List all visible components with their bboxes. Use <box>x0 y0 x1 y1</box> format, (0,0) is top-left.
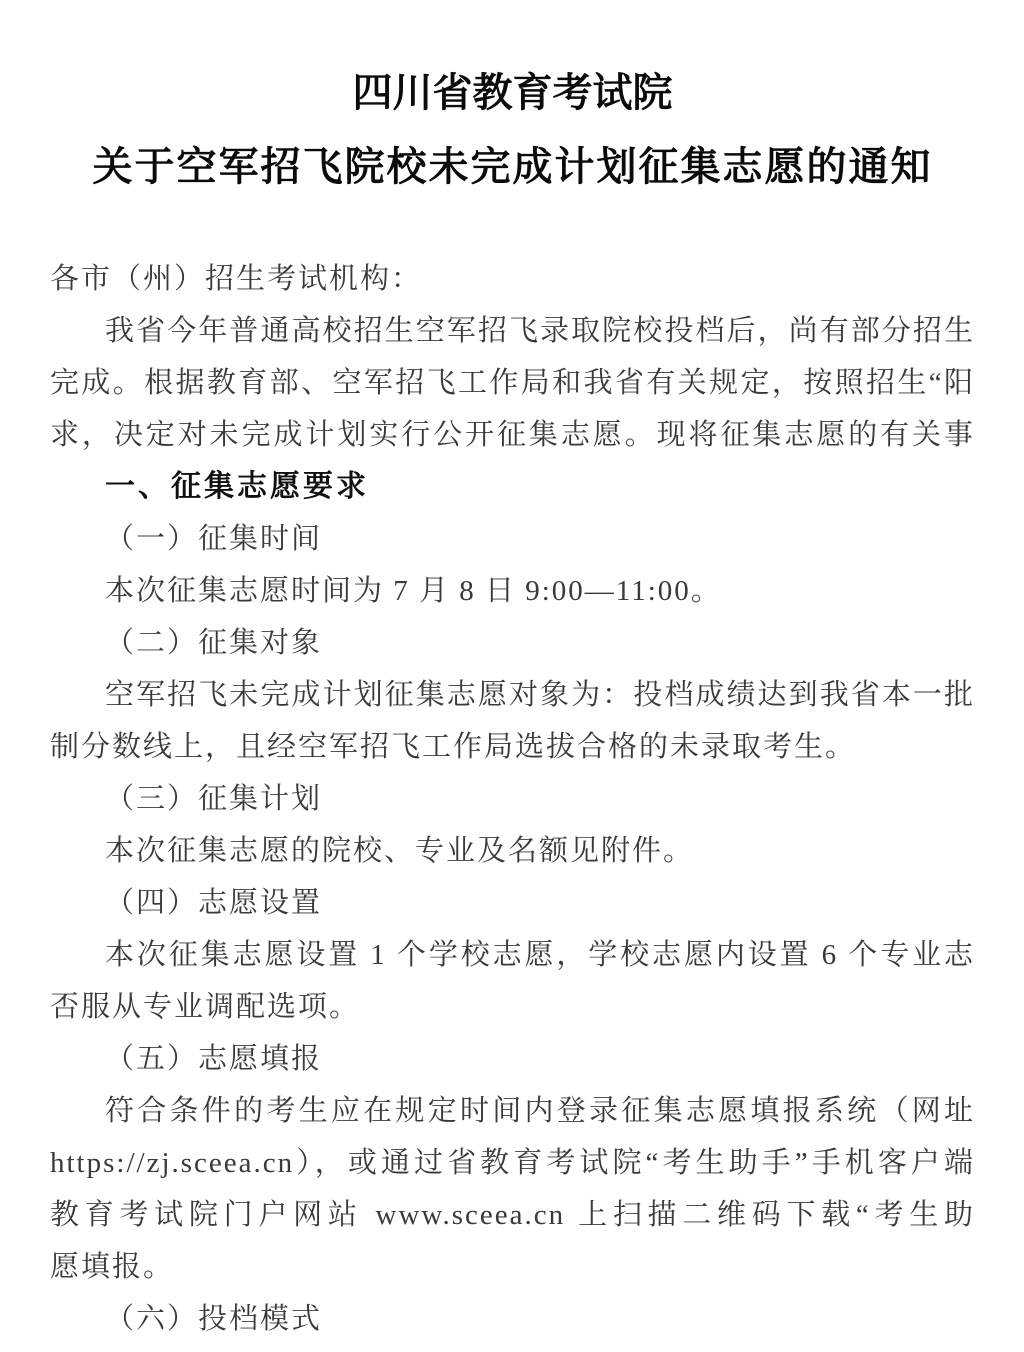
text-line: 符合条件的考生应在规定时间内登录征集志愿填报系统（网址 <box>50 1085 975 1137</box>
text-line: 本次征集志愿时间为 7 月 8 日 9:00—11:00。 <box>50 565 975 617</box>
text-line: 教育考试院门户网站 www.sceea.cn 上扫描二维码下载“考生助手”APP… <box>50 1189 975 1241</box>
text-line: （一）征集时间 <box>50 513 975 565</box>
document-body: 各市（州）招生考试机构：我省今年普通高校招生空军招飞录取院校投档后，尚有部分招生… <box>50 253 975 1345</box>
text-line: （四）志愿设置 <box>50 877 975 929</box>
text-line: 空军招飞未完成计划征集志愿对象为：投档成绩达到我省本一批次录取控 <box>50 669 975 721</box>
text-line: （二）征集对象 <box>50 617 975 669</box>
text-line: 愿填报。 <box>50 1241 975 1293</box>
doc-title-line1: 四川省教育考试院 <box>50 70 975 116</box>
text-line: 制分数线上，且经空军招飞工作局选拔合格的未录取考生。 <box>50 721 975 773</box>
text-line: （三）征集计划 <box>50 773 975 825</box>
text-line: 各市（州）招生考试机构： <box>50 253 975 305</box>
text-line: （五）志愿填报 <box>50 1033 975 1085</box>
text-line: 本次征集志愿的院校、专业及名额见附件。 <box>50 825 975 877</box>
text-line: 求，决定对未完成计划实行公开征集志愿。现将征集志愿的有关事宜通知如下。 <box>50 409 975 461</box>
text-line: https://zj.sceea.cn），或通过省教育考试院“考生助手”手机客户… <box>50 1137 975 1189</box>
doc-title-line2: 关于空军招飞院校未完成计划征集志愿的通知 <box>50 144 975 190</box>
text-line: （六）投档模式 <box>50 1293 975 1345</box>
text-line: 否服从专业调配选项。 <box>50 981 975 1033</box>
text-line: 本次征集志愿设置 1 个学校志愿，学校志愿内设置 6 个专业志愿，以及愿 <box>50 929 975 981</box>
text-line: 完成。根据教育部、空军招飞工作局和我省有关规定，按照招生“阳光工程”的要 <box>50 357 975 409</box>
document-page: 四川省教育考试院 关于空军招飞院校未完成计划征集志愿的通知 各市（州）招生考试机… <box>0 0 1024 1352</box>
section-heading: 一、征集志愿要求 <box>50 461 975 513</box>
text-line: 我省今年普通高校招生空军招飞录取院校投档后，尚有部分招生计划未能 <box>50 305 975 357</box>
